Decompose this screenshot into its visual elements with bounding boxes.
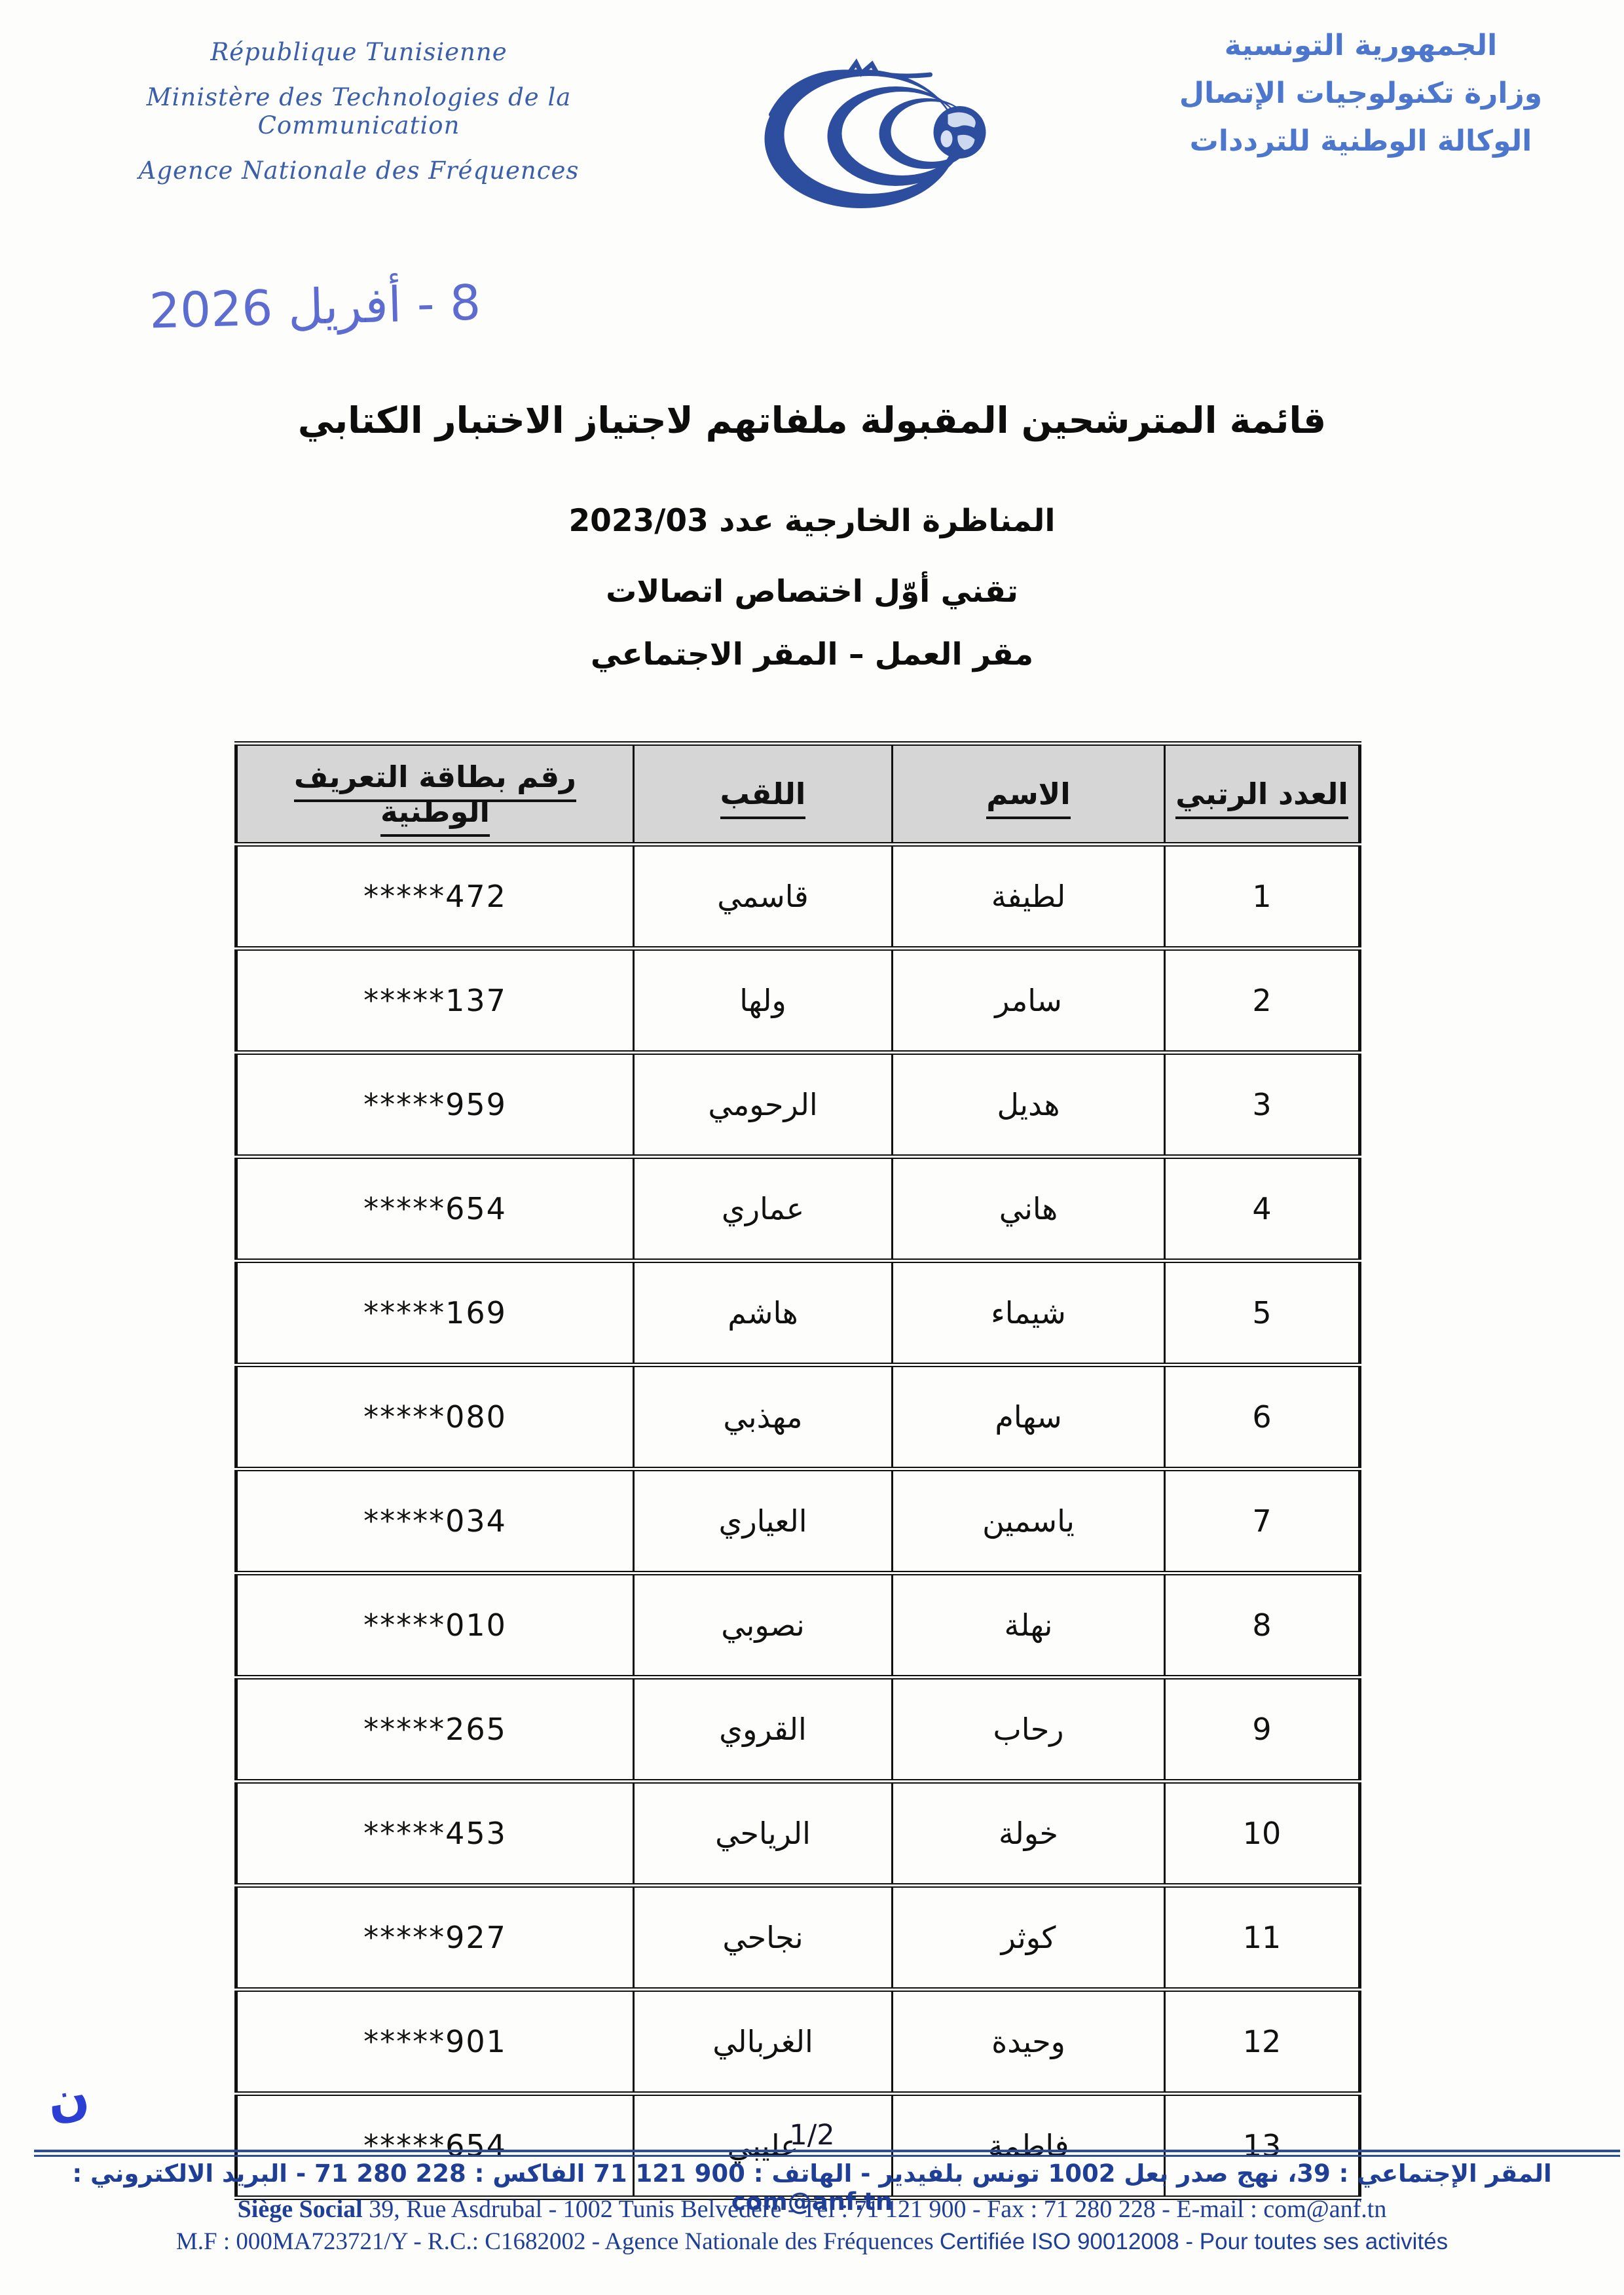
date-stamp: 8 - أفريل 2026 [149,274,481,339]
cell-rank: 11 [1165,1886,1360,1990]
cell-first-name: لطيفة [893,845,1165,949]
cell-surname: القروي [634,1678,893,1782]
cell-national-id: *****927 [236,1886,634,1990]
cell-surname: العياري [634,1469,893,1573]
cell-surname: هاشم [634,1261,893,1365]
cell-first-name: ياسمين [893,1469,1165,1573]
cell-rank: 10 [1165,1782,1360,1886]
cell-national-id: *****137 [236,949,634,1053]
iso-certification: Certifiée ISO 90012008 - Pour toutes ses… [940,2229,1448,2254]
cell-national-id: *****169 [236,1261,634,1365]
scanned-document-page: République Tunisienne Ministère des Tech… [0,0,1624,2295]
cell-national-id: *****265 [236,1678,634,1782]
table-row: *****453 الرياحي خولة 10 [236,1782,1360,1886]
letterhead-arabic-line-2: وزارة تكنولوجيات الإتصال [1145,77,1577,110]
cell-first-name: كوثر [893,1886,1165,1990]
cell-rank: 4 [1165,1157,1360,1261]
anf-logo-icon [760,52,1005,216]
cell-first-name: رحاب [893,1678,1165,1782]
table-row: *****959 الرحومي هديل 3 [236,1053,1360,1157]
cell-national-id: *****034 [236,1469,634,1573]
cell-national-id: *****654 [236,1157,634,1261]
letterhead-french-line-3: Agence Nationale des Fréquences [58,156,660,185]
cell-first-name: هاني [893,1157,1165,1261]
page-number: 1/2 [0,2119,1624,2152]
document-title: قائمة المترشحين المقبولة ملفاتهم لاجتياز… [0,399,1624,441]
cell-national-id: *****010 [236,1573,634,1678]
cell-rank: 9 [1165,1678,1360,1782]
table-row: *****472 قاسمي لطيفة 1 [236,845,1360,949]
cell-rank: 5 [1165,1261,1360,1365]
table-header-row: رقم بطاقة التعريف الوطنية اللقب الاسم ال… [236,744,1360,845]
cell-first-name: هديل [893,1053,1165,1157]
col-header-first-name: الاسم [893,744,1165,845]
table-row: *****169 هاشم شيماء 5 [236,1261,1360,1365]
cell-rank: 2 [1165,949,1360,1053]
footer-divider-rule [34,2150,1620,2157]
cell-rank: 7 [1165,1469,1360,1573]
cell-rank: 12 [1165,1990,1360,2094]
cell-first-name: خولة [893,1782,1165,1886]
cell-rank: 6 [1165,1365,1360,1469]
cell-first-name: شيماء [893,1261,1165,1365]
cell-national-id: *****959 [236,1053,634,1157]
cell-rank: 8 [1165,1573,1360,1678]
cell-surname: مهذبي [634,1365,893,1469]
table-row: *****654 عماري هاني 4 [236,1157,1360,1261]
siege-social-label: Siège Social [238,2195,363,2223]
footer-registration-line: M.F : 000MA723721/Y - R.C.: C1682002 - A… [39,2228,1585,2256]
cell-national-id: *****453 [236,1782,634,1886]
cell-surname: الغربالي [634,1990,893,2094]
col-header-surname: اللقب [634,744,893,845]
cell-surname: نجاحي [634,1886,893,1990]
letterhead-french: République Tunisienne Ministère des Tech… [58,38,660,185]
table-row: *****010 نصوبي نهلة 8 [236,1573,1360,1678]
cell-national-id: *****472 [236,845,634,949]
letterhead-french-line-1: République Tunisienne [58,38,660,66]
col-header-rank: العدد الرتبي [1165,744,1360,845]
letterhead-arabic-line-1: الجمهورية التونسية [1145,29,1577,62]
table-row: *****265 القروي رحاب 9 [236,1678,1360,1782]
table-row: *****901 الغربالي وحيدة 12 [236,1990,1360,2094]
specialty-line: تقني أوّل اختصاص اتصالات [0,574,1624,610]
table-row: *****080 مهذبي سهام 6 [236,1365,1360,1469]
registration-ids: M.F : 000MA723721/Y - R.C.: C1682002 - A… [176,2228,940,2255]
table-row: *****927 نجاحي كوثر 11 [236,1886,1360,1990]
cell-surname: عماري [634,1157,893,1261]
cell-national-id: *****080 [236,1365,634,1469]
competition-number-line: المناظرة الخارجية عدد 2023/03 [0,503,1624,539]
col-header-national-id: رقم بطاقة التعريف الوطنية [236,744,634,845]
siege-social-address: 39, Rue Asdrubal - 1002 Tunis Belvedère … [363,2195,1387,2223]
cell-surname: الرحومي [634,1053,893,1157]
cell-surname: الرياحي [634,1782,893,1886]
letterhead-arabic: الجمهورية التونسية وزارة تكنولوجيات الإت… [1145,29,1577,158]
letterhead-arabic-line-3: الوكالة الوطنية للترددات [1145,124,1577,158]
cell-first-name: سامر [893,949,1165,1053]
candidates-table: رقم بطاقة التعريف الوطنية اللقب الاسم ال… [234,741,1361,2200]
cell-rank: 3 [1165,1053,1360,1157]
letterhead-french-line-2: Ministère des Technologies de la Communi… [58,83,660,139]
cell-surname: قاسمي [634,845,893,949]
cell-surname: ولها [634,949,893,1053]
cell-first-name: وحيدة [893,1990,1165,2094]
workplace-line: مقر العمل – المقر الاجتماعي [0,636,1624,672]
footer-french-address: Siège Social 39, Rue Asdrubal - 1002 Tun… [39,2195,1585,2224]
table-row: *****034 العياري ياسمين 7 [236,1469,1360,1573]
table-row: *****137 ولها سامر 2 [236,949,1360,1053]
cell-national-id: *****901 [236,1990,634,2094]
cell-surname: نصوبي [634,1573,893,1678]
cell-first-name: نهلة [893,1573,1165,1678]
cell-rank: 1 [1165,845,1360,949]
cell-first-name: سهام [893,1365,1165,1469]
